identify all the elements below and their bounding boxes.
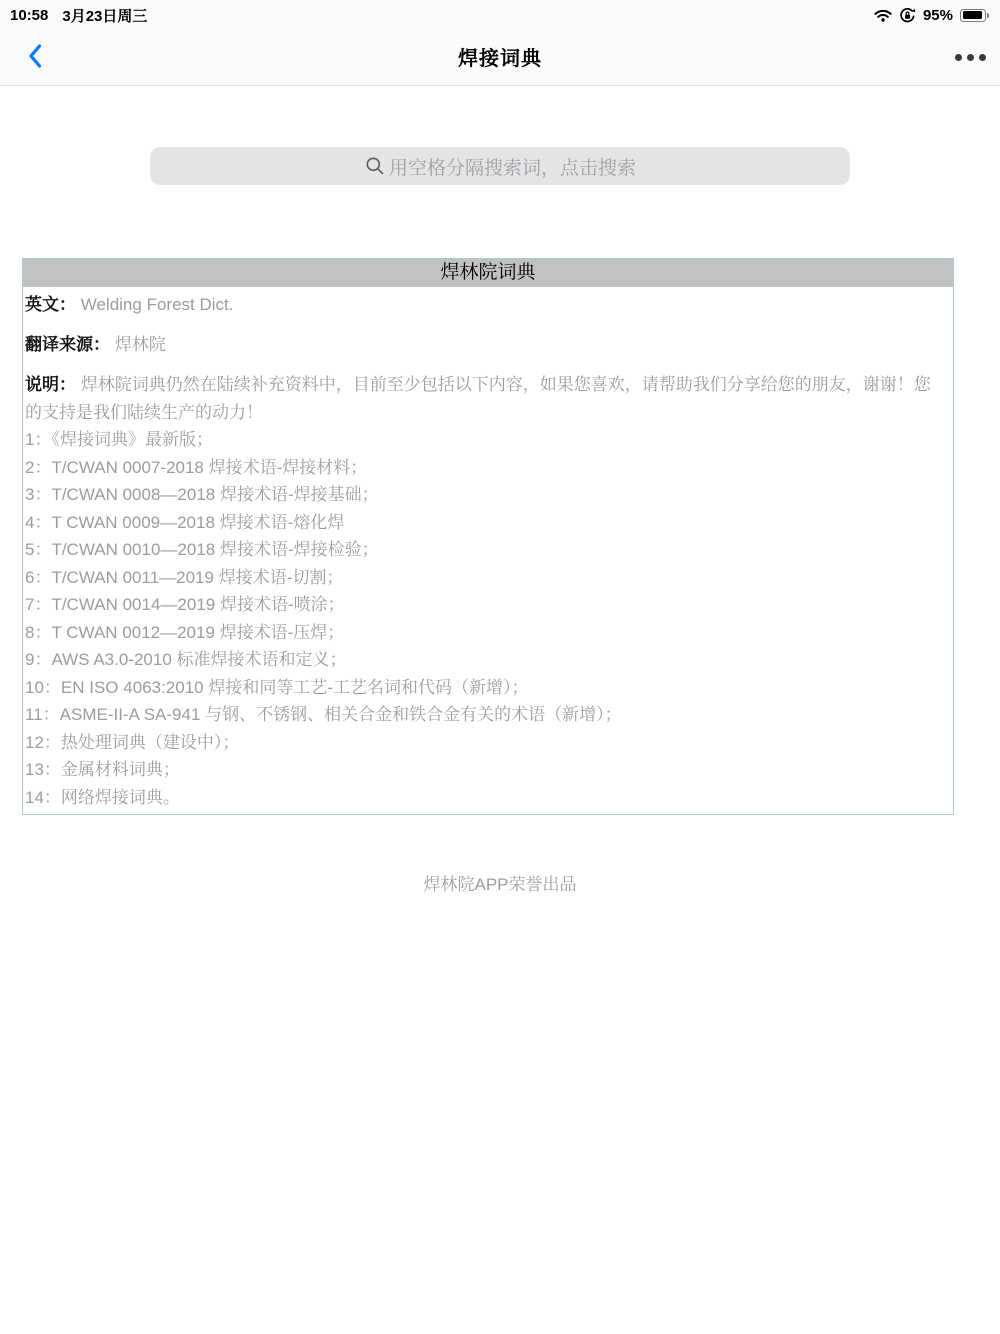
list-item: 3：T/CWAN 0008—2018 焊接术语-焊接基础； — [25, 481, 945, 509]
back-button[interactable] — [20, 42, 50, 72]
list-item: 14：网络焊接词典。 — [25, 784, 945, 812]
rotation-lock-icon — [899, 7, 916, 24]
list-item: 7：T/CWAN 0014—2019 焊接术语-喷涂； — [25, 591, 945, 619]
field-translation-source-label: 翻译来源： — [25, 335, 110, 354]
field-description: 说明： 焊林院词典仍然在陆续补充资料中，目前至少包括以下内容，如果您喜欢，请帮助… — [25, 371, 945, 426]
battery-icon — [960, 9, 986, 22]
field-description-value: 焊林院词典仍然在陆续补充资料中，目前至少包括以下内容，如果您喜欢，请帮助我们分享… — [25, 375, 931, 422]
app-screen: 10:58 3月23日周三 — [0, 0, 1000, 1334]
list-item: 5：T/CWAN 0010—2018 焊接术语-焊接检验； — [25, 536, 945, 564]
list-item: 2：T/CWAN 0007-2018 焊接术语-焊接材料； — [25, 454, 945, 482]
field-translation-source-value: 焊林院 — [115, 335, 166, 354]
battery-fill — [963, 11, 983, 19]
field-english: 英文： Welding Forest Dict. — [25, 291, 945, 318]
top-chrome: 10:58 3月23日周三 — [0, 0, 1000, 86]
card-title: 焊林院词典 — [23, 259, 953, 287]
field-english-label: 英文： — [25, 295, 76, 314]
status-left: 10:58 3月23日周三 — [10, 5, 147, 26]
more-button[interactable] — [950, 42, 986, 72]
search-input[interactable]: 用空格分隔搜索词，点击搜索 — [150, 147, 850, 185]
list-item: 4：T CWAN 0009—2018 焊接术语-熔化焊 — [25, 509, 945, 537]
status-bar: 10:58 3月23日周三 — [0, 0, 1000, 28]
ellipsis-icon — [950, 54, 986, 61]
list-item: 13：金属材料词典； — [25, 756, 945, 784]
list-item: 9：AWS A3.0-2010 标准焊接术语和定义； — [25, 646, 945, 674]
battery-nub — [987, 13, 990, 18]
list-item: 11：ASME-II-A SA-941 与钢、不锈钢、相关合金和铁合金有关的术语… — [25, 701, 945, 729]
list-item: 12：热处理词典（建设中）； — [25, 729, 945, 757]
field-english-value: Welding Forest Dict. — [81, 295, 234, 314]
dictionary-card: 焊林院词典 英文： Welding Forest Dict. 翻译来源： 焊林院… — [22, 258, 954, 815]
list-item: 8：T CWAN 0012—2019 焊接术语-压焊； — [25, 619, 945, 647]
page-title: 焊接词典 — [458, 42, 542, 71]
footer-credit: 焊林院APP荣誉出品 — [0, 870, 1000, 895]
status-date: 3月23日周三 — [62, 5, 147, 26]
chevron-left-icon — [28, 44, 42, 71]
list-item: 1：《焊接词典》最新版； — [25, 426, 945, 454]
field-description-label: 说明： — [25, 375, 76, 394]
search-icon — [364, 155, 386, 177]
field-translation-source: 翻译来源： 焊林院 — [25, 331, 945, 358]
dictionary-content-list: 1：《焊接词典》最新版； 2：T/CWAN 0007-2018 焊接术语-焊接材… — [25, 426, 945, 811]
status-time: 10:58 — [10, 7, 48, 24]
card-body: 英文： Welding Forest Dict. 翻译来源： 焊林院 说明： 焊… — [23, 287, 953, 814]
status-right: 95% — [874, 7, 990, 24]
list-item: 10：EN ISO 4063:2010 焊接和同等工艺-工艺名词和代码（新增）； — [25, 674, 945, 702]
nav-bar: 焊接词典 — [0, 28, 1000, 85]
search-placeholder: 用空格分隔搜索词，点击搜索 — [389, 153, 636, 180]
list-item: 6：T/CWAN 0011—2019 焊接术语-切割； — [25, 564, 945, 592]
battery-percent: 95% — [923, 7, 953, 24]
wifi-icon — [874, 9, 892, 22]
